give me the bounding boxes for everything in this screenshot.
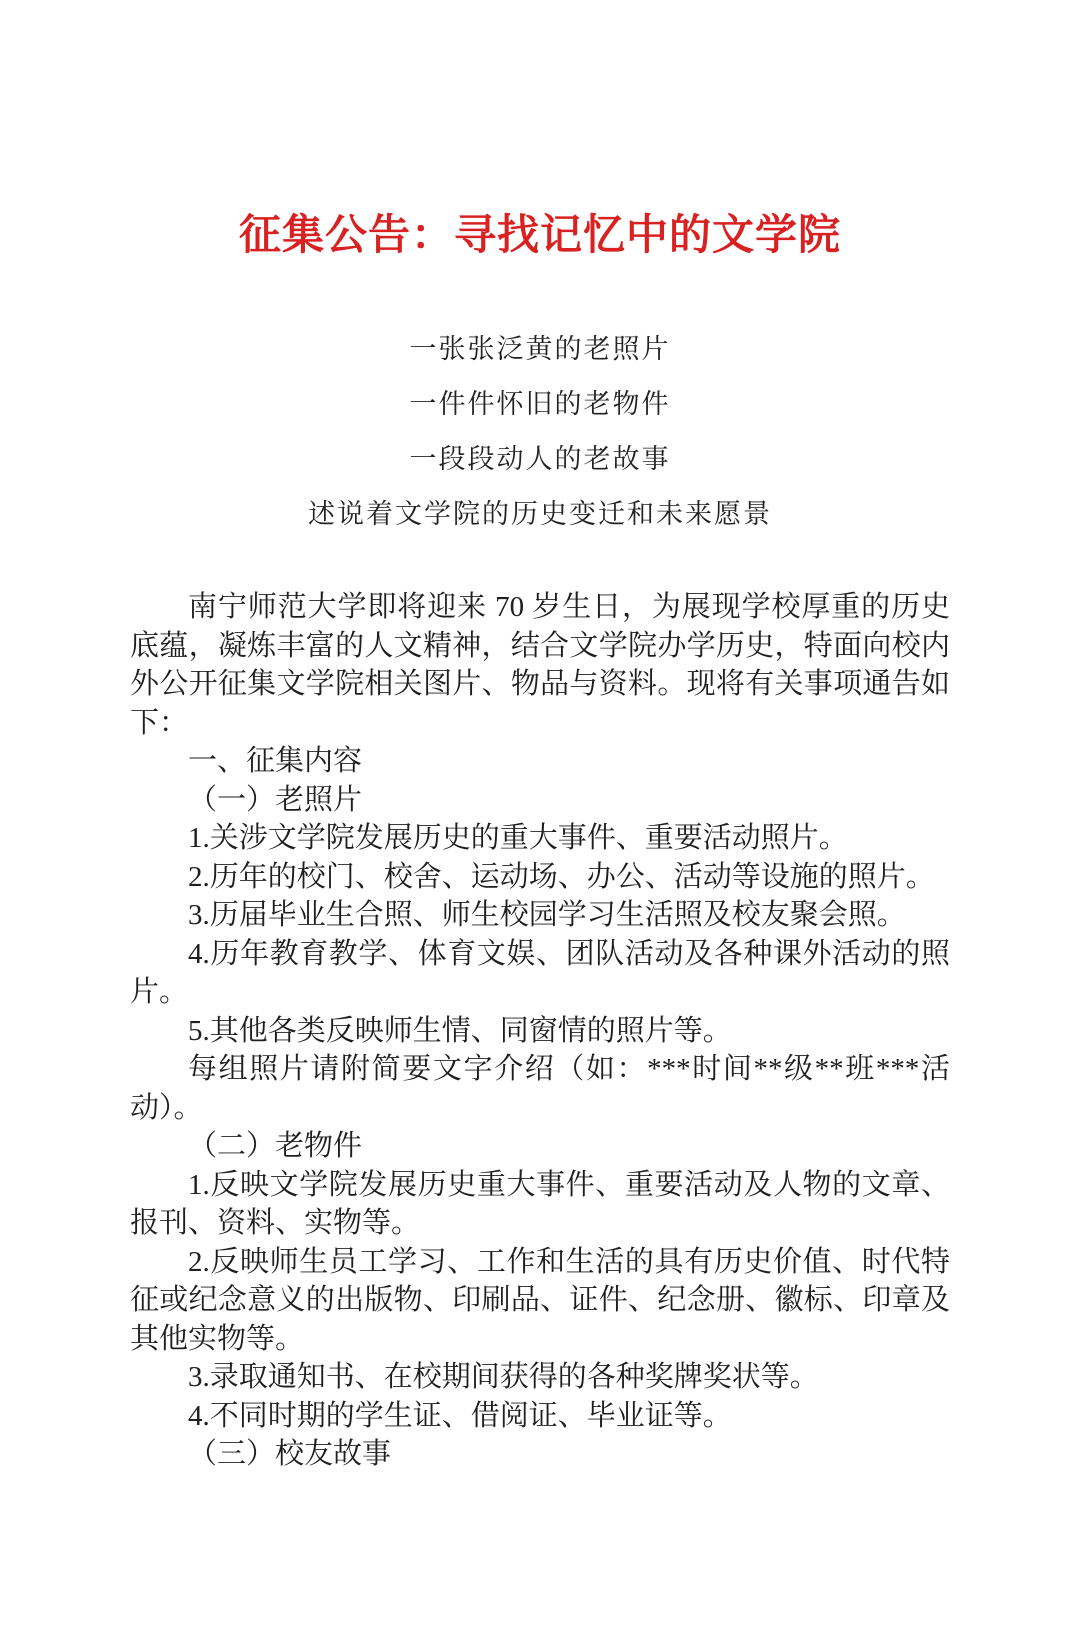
content-column: 征集公告：寻找记忆中的文学院 一张张泛黄的老照片 一件件怀旧的老物件 一段段动人… xyxy=(130,0,950,1474)
subsection-heading-objects: （二）老物件 xyxy=(130,1127,950,1166)
section-heading-1: 一、征集内容 xyxy=(130,742,950,781)
list-item: 4.不同时期的学生证、借阅证、毕业证等。 xyxy=(130,1397,950,1436)
subsection-heading-photos: （一）老照片 xyxy=(130,781,950,820)
intro-line: 一张张泛黄的老照片 xyxy=(130,322,950,377)
list-item: 2.历年的校门、校舍、运动场、办公、活动等设施的照片。 xyxy=(130,858,950,897)
list-item: 1.关涉文学院发展历史的重大事件、重要活动照片。 xyxy=(130,819,950,858)
list-item: 5.其他各类反映师生情、同窗情的照片等。 xyxy=(130,1012,950,1051)
list-item: 3.录取通知书、在校期间获得的各种奖牌奖状等。 xyxy=(130,1358,950,1397)
subsection-heading-stories: （三）校友故事 xyxy=(130,1435,950,1474)
list-item: 4.历年教育教学、体育文娱、团队活动及各种课外活动的照片。 xyxy=(130,935,950,1012)
list-item: 1.反映文学院发展历史重大事件、重要活动及人物的文章、报刊、资料、实物等。 xyxy=(130,1166,950,1243)
intro-line: 一件件怀旧的老物件 xyxy=(130,377,950,432)
paragraph-intro: 南宁师范大学即将迎来 70 岁生日，为展现学校厚重的历史底蕴，凝炼丰富的人文精神… xyxy=(130,588,950,742)
intro-line: 述说着文学院的历史变迁和未来愿景 xyxy=(130,487,950,542)
intro-line: 一段段动人的老故事 xyxy=(130,432,950,487)
document-page: 征集公告：寻找记忆中的文学院 一张张泛黄的老照片 一件件怀旧的老物件 一段段动人… xyxy=(0,0,1080,1647)
body-text: 南宁师范大学即将迎来 70 岁生日，为展现学校厚重的历史底蕴，凝炼丰富的人文精神… xyxy=(130,588,950,1474)
page-title: 征集公告：寻找记忆中的文学院 xyxy=(130,211,950,261)
list-item: 2.反映师生员工学习、工作和生活的具有历史价值、时代特征或纪念意义的出版物、印刷… xyxy=(130,1243,950,1359)
intro-block: 一张张泛黄的老照片 一件件怀旧的老物件 一段段动人的老故事 述说着文学院的历史变… xyxy=(130,322,950,542)
list-item: 3.历届毕业生合照、师生校园学习生活照及校友聚会照。 xyxy=(130,896,950,935)
photo-caption-note: 每组照片请附简要文字介绍（如：***时间**级**班***活动）。 xyxy=(130,1050,950,1127)
